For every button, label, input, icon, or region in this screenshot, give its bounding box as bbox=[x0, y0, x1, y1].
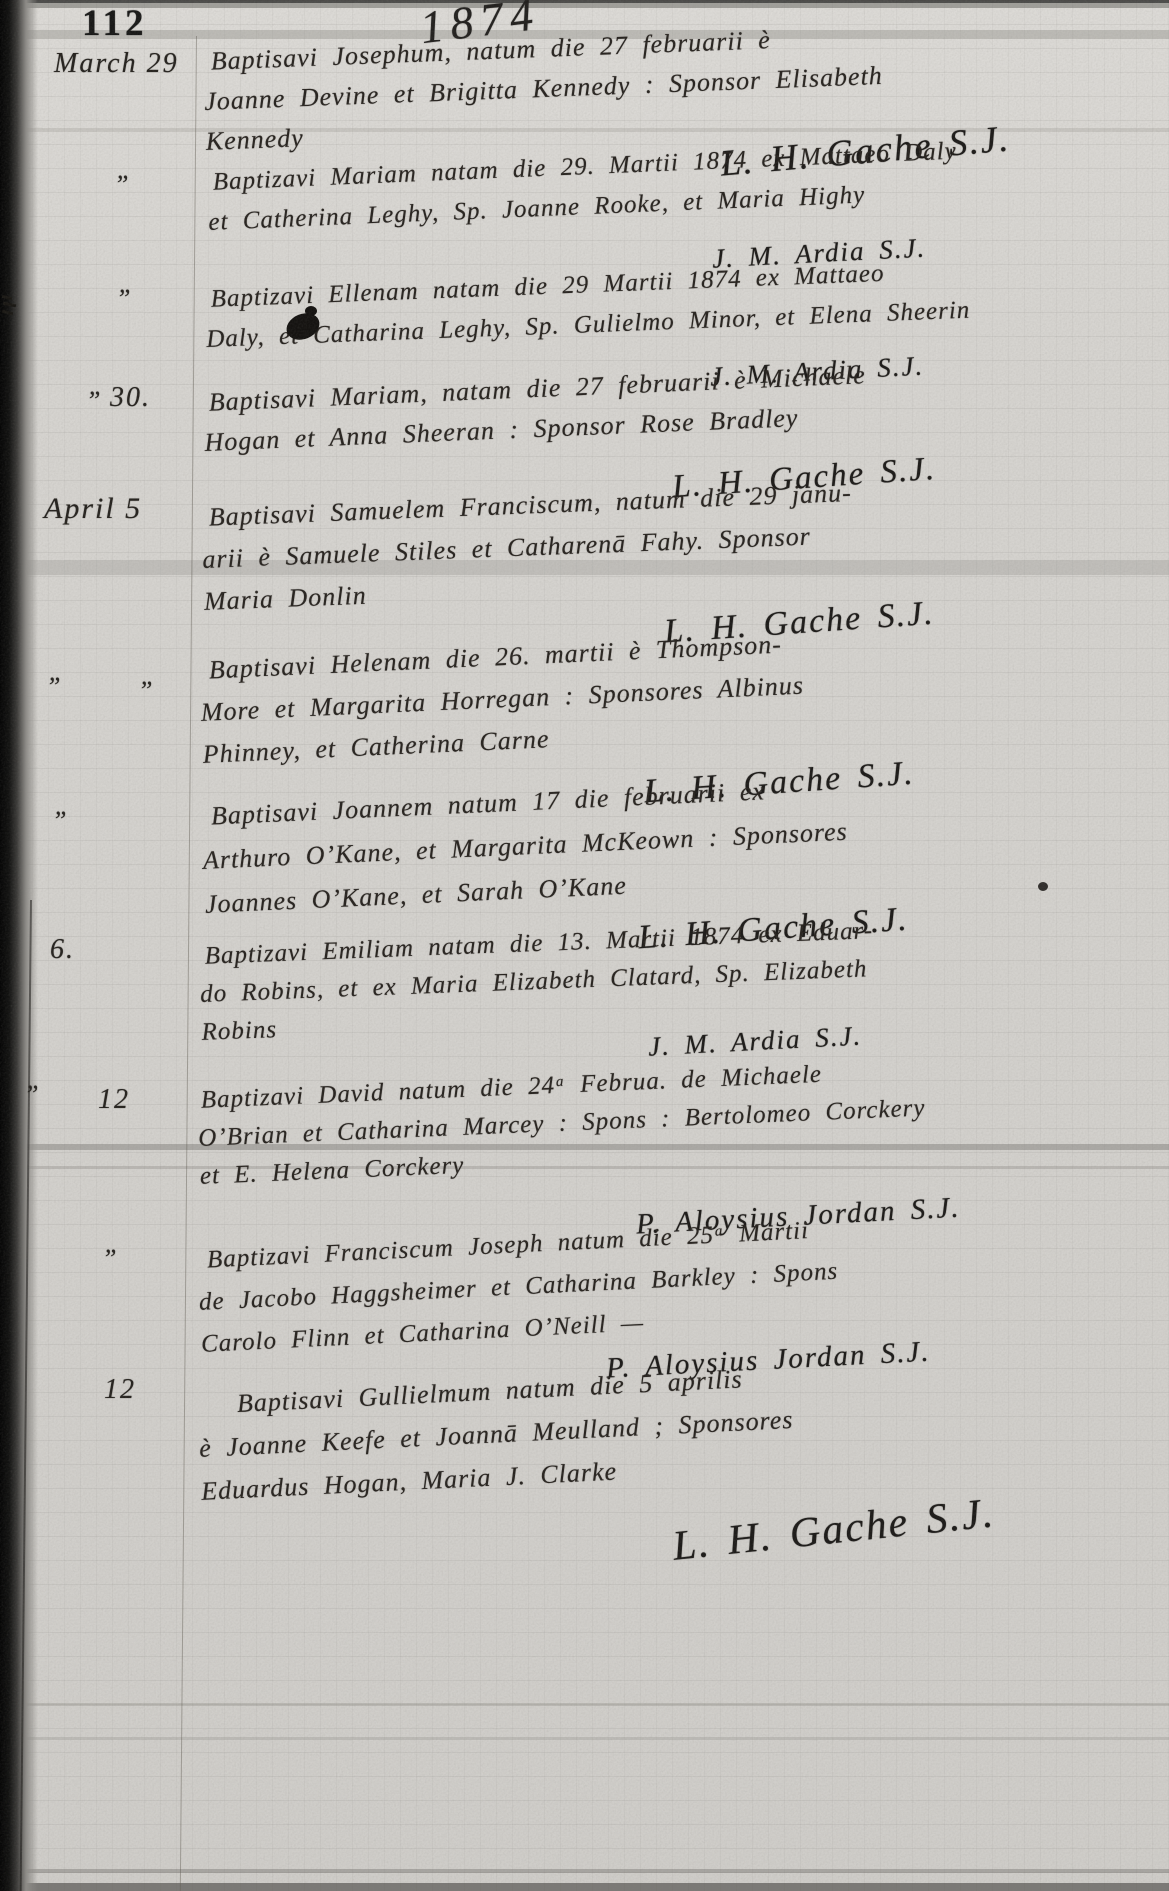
margin-rule-line bbox=[180, 36, 197, 1891]
scan-band bbox=[0, 1869, 1169, 1873]
baptism-entry: Baptizavi Ellenam natam die 29 Martii 18… bbox=[204, 251, 971, 360]
scan-band bbox=[0, 0, 1169, 3]
ditto-mark: ” bbox=[52, 806, 68, 836]
baptism-entry: Baptisavi Joannem natum 17 die februarii… bbox=[200, 766, 851, 927]
ink-blot bbox=[305, 306, 317, 316]
scan-band bbox=[0, 1703, 1169, 1706]
ditto-mark: ” bbox=[116, 284, 132, 314]
ditto-mark: ” bbox=[138, 676, 154, 706]
ditto-mark: ” bbox=[46, 672, 62, 702]
baptism-entry: Baptizavi David natum die 24ᵃ Februa. de… bbox=[196, 1052, 928, 1196]
ditto-mark: ” bbox=[86, 386, 102, 416]
ditto-mark: ” bbox=[24, 1080, 40, 1110]
margin-date: 30. bbox=[110, 382, 151, 414]
book-binding-edge bbox=[0, 0, 38, 1891]
priest-signature: L. H. Gache S.J. bbox=[670, 1489, 997, 1571]
margin-date: 12 bbox=[104, 1374, 136, 1406]
baptism-entry: Baptizavi Franciscum Joseph natum die 25… bbox=[196, 1209, 841, 1366]
scan-band bbox=[0, 3, 1169, 8]
scan-band bbox=[0, 1737, 1169, 1740]
margin-date: 6. bbox=[50, 934, 75, 966]
margin-date: April 5 bbox=[44, 492, 142, 526]
baptism-entry: Baptisavi Samuelem Franciscum, natum die… bbox=[200, 472, 856, 623]
ditto-mark: ” bbox=[114, 170, 130, 200]
ditto-mark: ” bbox=[102, 1244, 118, 1274]
register-page-scan: 112 1874 March 29”””30.April 5”””6.”12”1… bbox=[0, 0, 1169, 1891]
margin-date: March 29 bbox=[54, 48, 179, 80]
baptism-entry: Baptisavi Mariam, natam die 27 februarii… bbox=[202, 355, 868, 463]
baptism-entry: Baptisavi Helenam die 26. martii è Thomp… bbox=[198, 623, 807, 776]
scan-band bbox=[0, 1883, 1169, 1891]
page-number: 112 bbox=[82, 2, 147, 45]
baptism-entry: Baptisavi Gullielmum natum die 5 aprilis… bbox=[196, 1355, 796, 1513]
margin-date: 12 bbox=[98, 1084, 130, 1116]
ink-blot bbox=[1038, 882, 1048, 891]
